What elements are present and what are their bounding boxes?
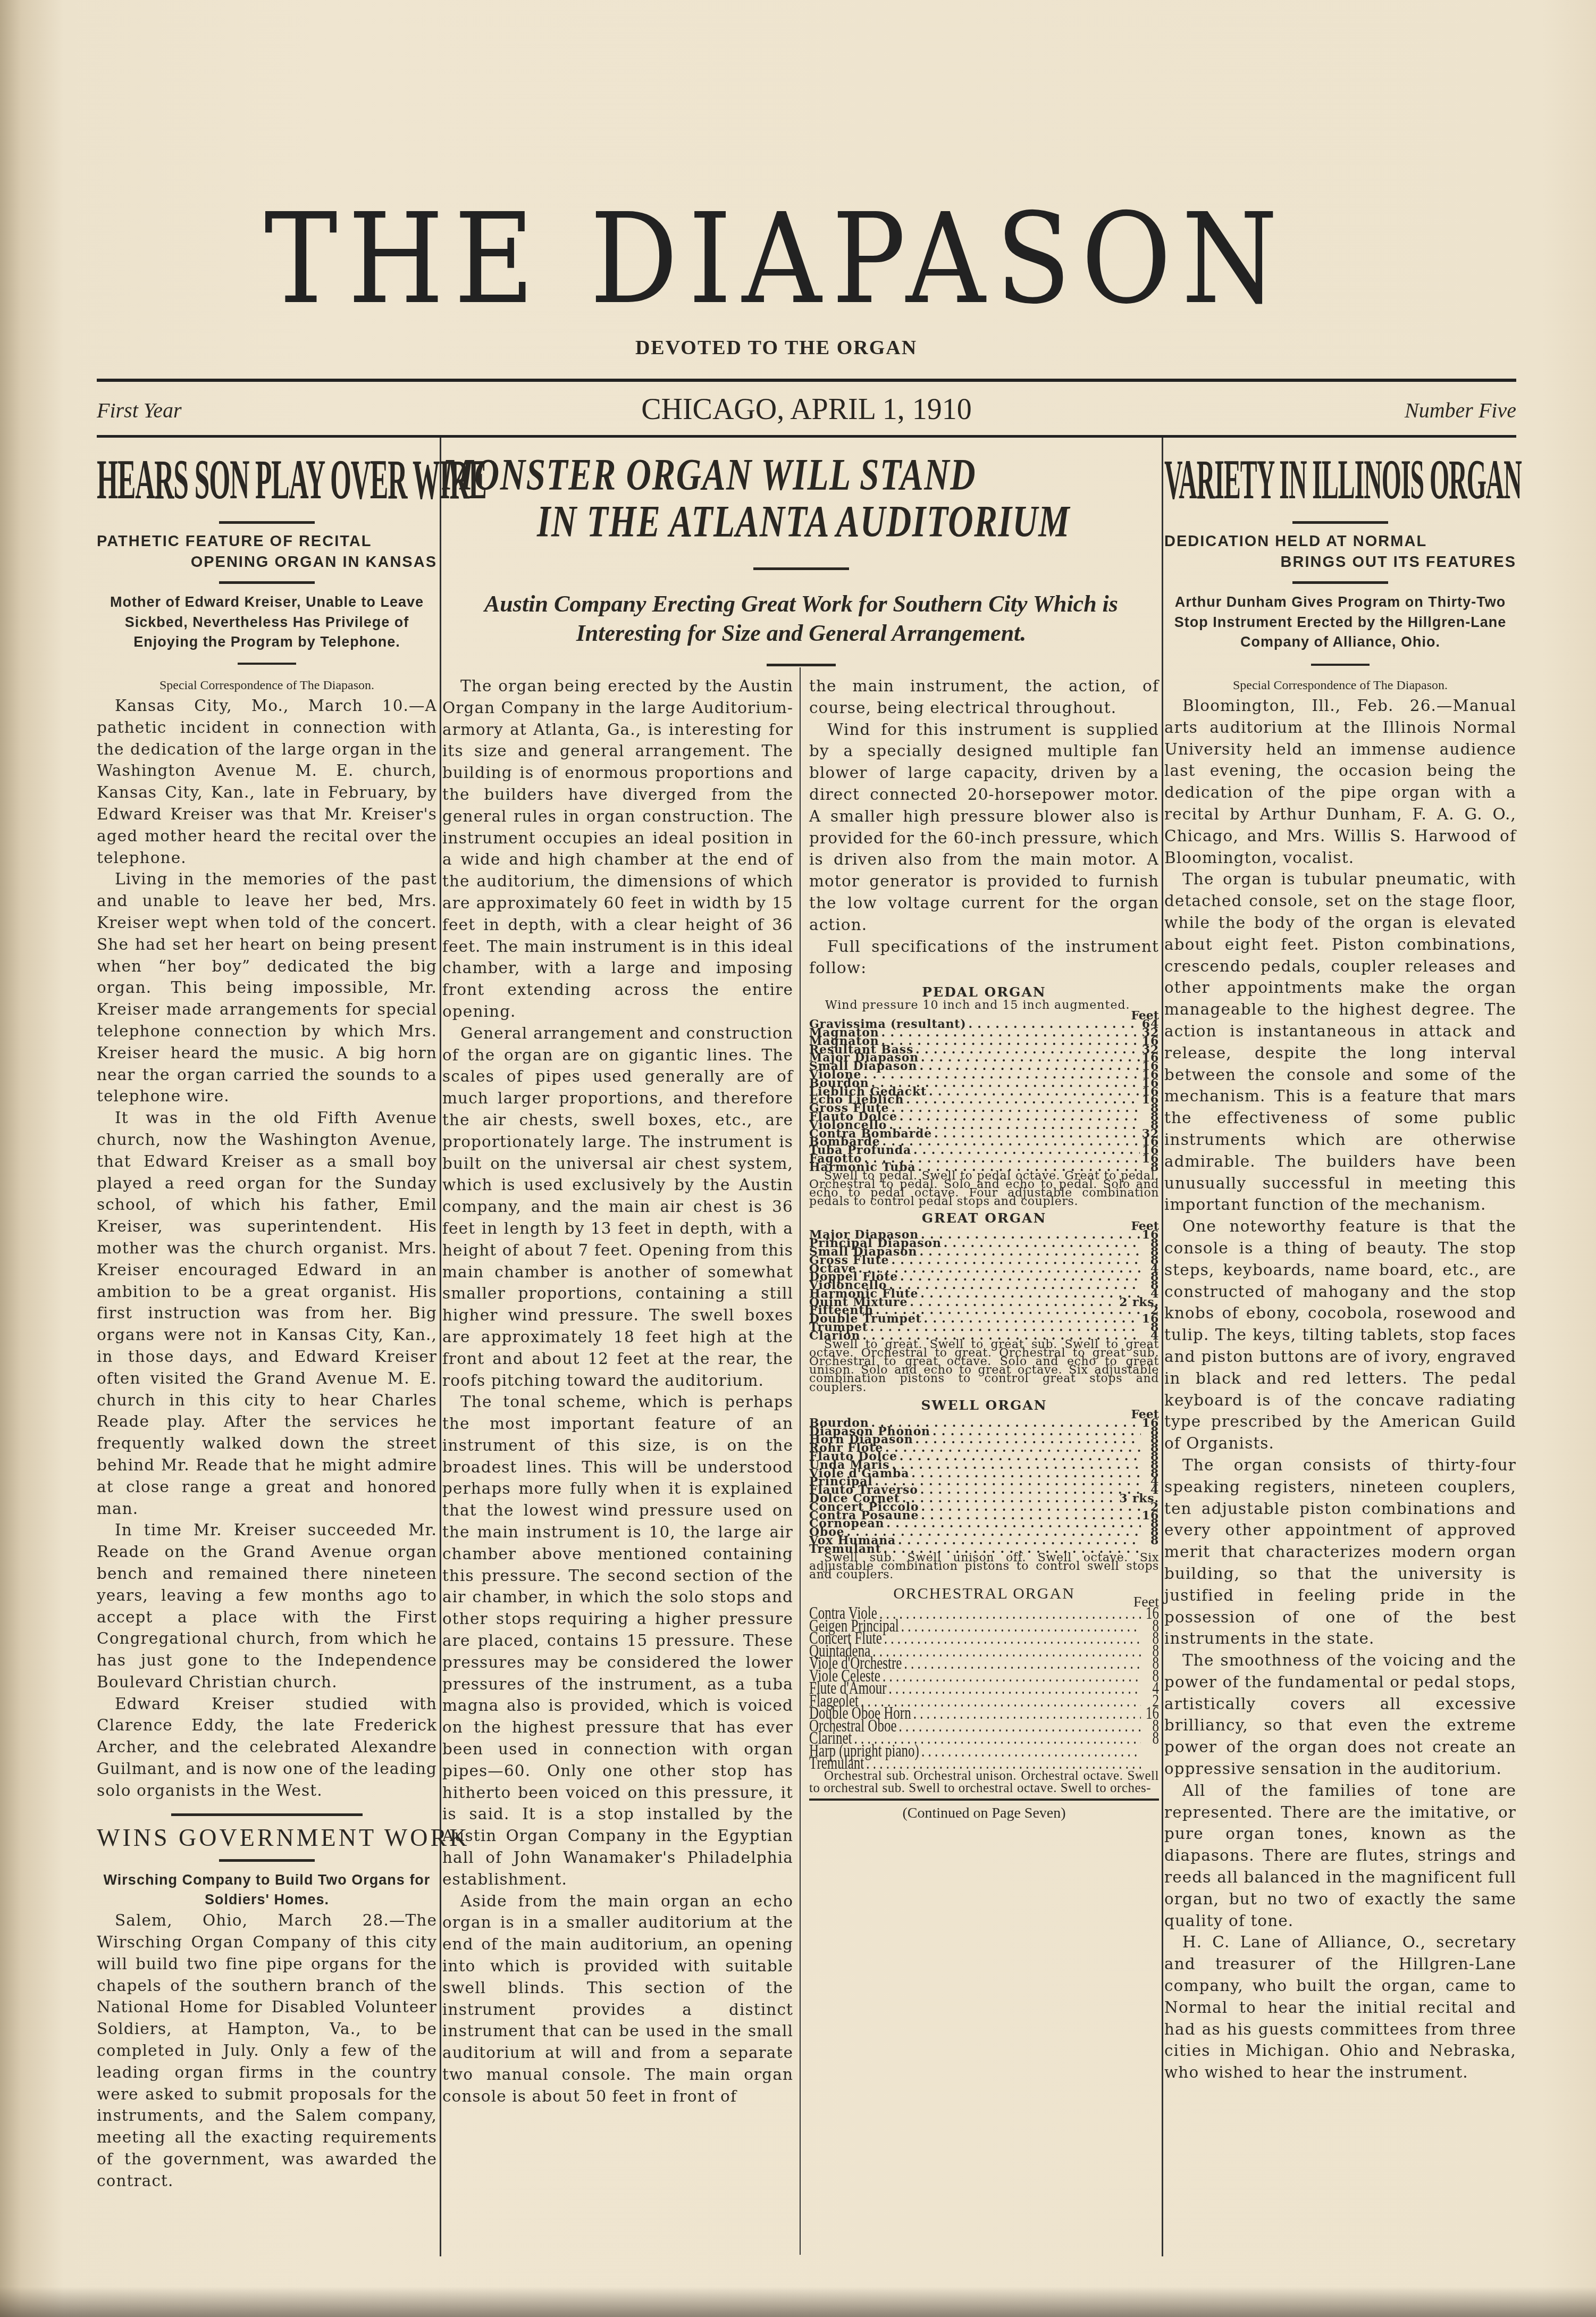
paragraph: The tonal scheme, which is perhaps the m… (442, 1391, 793, 1890)
leader-dots (921, 1054, 1140, 1063)
paragraph: One noteworthy feature is that the conso… (1164, 1216, 1516, 1454)
leader-dots (901, 1620, 1141, 1633)
headline-line-1: MONSTER ORGAN WILL STAND (442, 451, 1002, 500)
paragraph: Living in the memories of the past and u… (97, 868, 437, 1107)
byline: Special Correspondence of The Diapason. (1164, 679, 1516, 693)
orchestral-couplers: Orchestral sub. Orchestral unison. Orche… (809, 1770, 1159, 1794)
dateline: CHICAGO, APRIL 1, 1910 (97, 392, 1516, 426)
leader-dots (921, 1231, 1140, 1240)
leader-dots (933, 1428, 1141, 1436)
paragraph: The organ consists of thirty-four speaki… (1164, 1454, 1516, 1650)
leader-dots (883, 1138, 1140, 1147)
dateline-rule (97, 435, 1516, 438)
column-divider (1162, 438, 1163, 2256)
paragraph: It was in the old Fifth Avenue church, n… (97, 1107, 437, 1519)
column-divider (440, 438, 441, 2256)
paragraph: Salem, Ohio, March 28.—The Wirsching Org… (97, 1910, 437, 2191)
swell-couplers: Swell sub. Swell unison off. Swell octav… (809, 1554, 1159, 1580)
leader-dots (900, 1113, 1141, 1122)
paragraph: the main instrument, the action, of cour… (809, 675, 1159, 719)
paragraph: Full specifications of the instrument fo… (809, 936, 1159, 980)
leader-dots (911, 1470, 1141, 1478)
headline-hears-son: HEARS SON PLAY OVER WIRE (97, 451, 287, 507)
stop-row: Tremulant (809, 1757, 1159, 1770)
subhead-line: BRINGS OUT ITS FEATURES (1164, 552, 1516, 573)
divider (219, 521, 315, 524)
stop-feet: 8 (1143, 1732, 1159, 1745)
deck: Austin Company Erecting Great Work for S… (442, 589, 1160, 648)
orchestral-stop-list: Contra Viole16Geigen Principal8Concert F… (809, 1607, 1159, 1767)
leader-dots (919, 1063, 1139, 1071)
middle-column: MONSTER ORGAN WILL STAND IN THE ATLANTA … (442, 441, 1160, 666)
top-rule (97, 379, 1516, 382)
leader-dots (900, 1453, 1141, 1461)
leader-dots (921, 1512, 1139, 1520)
headline-line-2: IN THE ATLANTA AUDITORIUM (537, 498, 1023, 547)
leader-dots (900, 1273, 1141, 1282)
leader-dots (889, 1282, 1141, 1290)
leader-dots (888, 1682, 1141, 1695)
masthead-title: THE DIAPASON (178, 197, 1375, 322)
leader-dots (881, 1029, 1139, 1038)
deck: Mother of Edward Kreiser, Unable to Leav… (97, 592, 437, 652)
paragraph: H. C. Lane of Alliance, O., secretary an… (1164, 1931, 1516, 2084)
leader-dots (898, 1537, 1141, 1545)
subhead: DEDICATION HELD AT NORMAL BRINGS OUT ITS… (1164, 531, 1516, 573)
paragraph: Wind for this instrument is supplied by … (809, 719, 1159, 936)
divider (1292, 521, 1388, 524)
pedal-organ-title: PEDAL ORGAN (809, 984, 1159, 1000)
leader-dots (924, 1315, 1140, 1324)
headline-variety-illinois: VARIETY IN ILLINOIS ORGAN (1164, 451, 1347, 507)
paragraph: The smoothness of the voicing and the po… (1164, 1650, 1516, 1780)
headline-wins-government: WINS GOVERNMENT WORK (97, 1824, 437, 1852)
leader-dots (886, 1520, 1141, 1528)
leader-dots (881, 1038, 1139, 1046)
article-body: Bloomington, Ill., Feb. 26.—Manual arts … (1164, 695, 1516, 2084)
leader-dots (921, 1503, 1141, 1512)
article-body: Kansas City, Mo., March 10.—A pathetic i… (97, 695, 437, 1802)
deck: Arthur Dunham Gives Program on Thirty-Tw… (1164, 592, 1516, 652)
divider (238, 663, 296, 665)
divider (171, 1813, 363, 1816)
great-couplers: Swell to great. Swell to great sub. Swel… (809, 1341, 1159, 1392)
leader-dots (904, 1657, 1141, 1670)
leader-dots (929, 1088, 1140, 1097)
stop-feet: 8 (1143, 1537, 1159, 1545)
leader-dots (902, 1495, 1118, 1503)
leader-dots (906, 1096, 1140, 1105)
swell-stop-list: Bourdon16Diapason Phonon8Horn Diapason8R… (809, 1419, 1159, 1554)
page-shadow (0, 2287, 1596, 2317)
stop-row: Orchestral Oboe8 (809, 1720, 1159, 1733)
leader-dots (944, 1240, 1141, 1248)
subhead: PATHETIC FEATURE OF RECITAL OPENING ORGA… (97, 531, 437, 573)
paragraph: The organ is tubular pneumatic, with det… (1164, 868, 1516, 1216)
divider (767, 664, 836, 666)
article-body: Salem, Ohio, March 28.—The Wirsching Org… (97, 1910, 437, 2191)
leader-dots (883, 1670, 1141, 1683)
leader-dots (899, 1720, 1141, 1733)
leader-dots (859, 1265, 1141, 1274)
leader-dots (866, 1757, 1141, 1770)
great-stop-list: Major Diapason16Principal Diapason8Small… (809, 1231, 1159, 1340)
leader-dots (884, 1632, 1141, 1645)
leader-dots (870, 1324, 1141, 1332)
divider (1292, 581, 1388, 584)
pedal-stop-list: Gravissima (resultant)64Magnaton32Magnat… (809, 1021, 1159, 1172)
paragraph: Kansas City, Mo., March 10.—A pathetic i… (97, 695, 437, 868)
article-col-b: the main instrument, the action, of cour… (809, 675, 1159, 1822)
leader-dots (891, 1105, 1141, 1113)
stop-feet (1143, 1745, 1159, 1758)
subhead-line: PATHETIC FEATURE OF RECITAL (97, 531, 437, 552)
deck: Wirsching Company to Build Two Organs fo… (97, 1870, 437, 1910)
masthead-tagline: DEVOTED TO THE ORGAN (96, 336, 1457, 359)
paragraph: In time Mr. Kreiser succeeded Mr. Reade … (97, 1519, 437, 1693)
pedal-organ-note: Wind pressure 10 inch and 15 inch augmen… (809, 1000, 1159, 1011)
divider (1311, 664, 1370, 666)
leader-dots (920, 1486, 1141, 1495)
byline: Special Correspondence of The Diapason. (97, 679, 437, 693)
stop-row: Flute d'Amour4 (809, 1682, 1159, 1695)
leader-dots (891, 1257, 1141, 1265)
issue-number: Number Five (1405, 398, 1516, 423)
left-column: HEARS SON PLAY OVER WIRE PATHETIC FEATUR… (97, 441, 437, 2192)
leader-dots (913, 1147, 1140, 1155)
divider (219, 1859, 315, 1862)
divider (219, 581, 315, 584)
stop-name: Tremulant (809, 1757, 864, 1770)
orchestral-organ-section: ORCHESTRAL ORGAN Feet Contra Viole16Geig… (809, 1585, 1159, 1794)
leader-dots (892, 1461, 1141, 1470)
subhead-line: DEDICATION HELD AT NORMAL (1164, 531, 1516, 552)
article-col-a: The organ being erected by the Austin Or… (442, 675, 793, 2107)
newspaper-page: THE DIAPASON DEVOTED TO THE ORGAN First … (0, 0, 1596, 2317)
subhead-line: OPENING ORGAN IN KANSAS (97, 552, 437, 573)
stop-feet (1143, 1757, 1159, 1770)
divider (753, 567, 849, 570)
leader-dots (863, 1071, 1139, 1080)
stop-row: Cornopean8 (809, 1520, 1159, 1528)
paragraph: Edward Kreiser studied with Clarence Edd… (97, 1693, 437, 1802)
column-divider (800, 667, 801, 2255)
leader-dots (920, 1290, 1141, 1299)
leader-dots (934, 1130, 1140, 1139)
paragraph: Aside from the main organ an echo organ … (442, 1891, 793, 2107)
continued-note: (Continued on Page Seven) (809, 1805, 1159, 1822)
paragraph: General arrangement and construction of … (442, 1023, 793, 1392)
paragraph: Bloomington, Ill., Feb. 26.—Manual arts … (1164, 695, 1516, 868)
stop-row: Small Diapason16 (809, 1063, 1159, 1071)
leader-dots (872, 1645, 1141, 1658)
right-column: VARIETY IN ILLINOIS ORGAN DEDICATION HEL… (1164, 441, 1516, 2084)
stop-row: Trumpet8 (809, 1324, 1159, 1332)
leader-dots (968, 1021, 1139, 1029)
dateline-bar: First Year CHICAGO, APRIL 1, 1910 Number… (97, 392, 1516, 430)
divider (809, 1799, 1159, 1801)
leader-dots (919, 1248, 1141, 1257)
leader-dots (915, 1046, 1140, 1055)
paragraph: All of the families of tone are represen… (1164, 1780, 1516, 1932)
leader-dots (915, 1436, 1141, 1444)
paragraph: The organ being erected by the Austin Or… (442, 675, 793, 1023)
leader-dots (885, 1444, 1141, 1453)
pedal-couplers: Swell to pedal. Swell to pedal octave. G… (809, 1172, 1159, 1207)
stop-row: Gross Flute8 (809, 1257, 1159, 1265)
leader-dots (913, 1707, 1141, 1720)
leader-dots (879, 1607, 1141, 1620)
leader-dots (921, 1745, 1141, 1758)
leader-dots (910, 1299, 1117, 1307)
